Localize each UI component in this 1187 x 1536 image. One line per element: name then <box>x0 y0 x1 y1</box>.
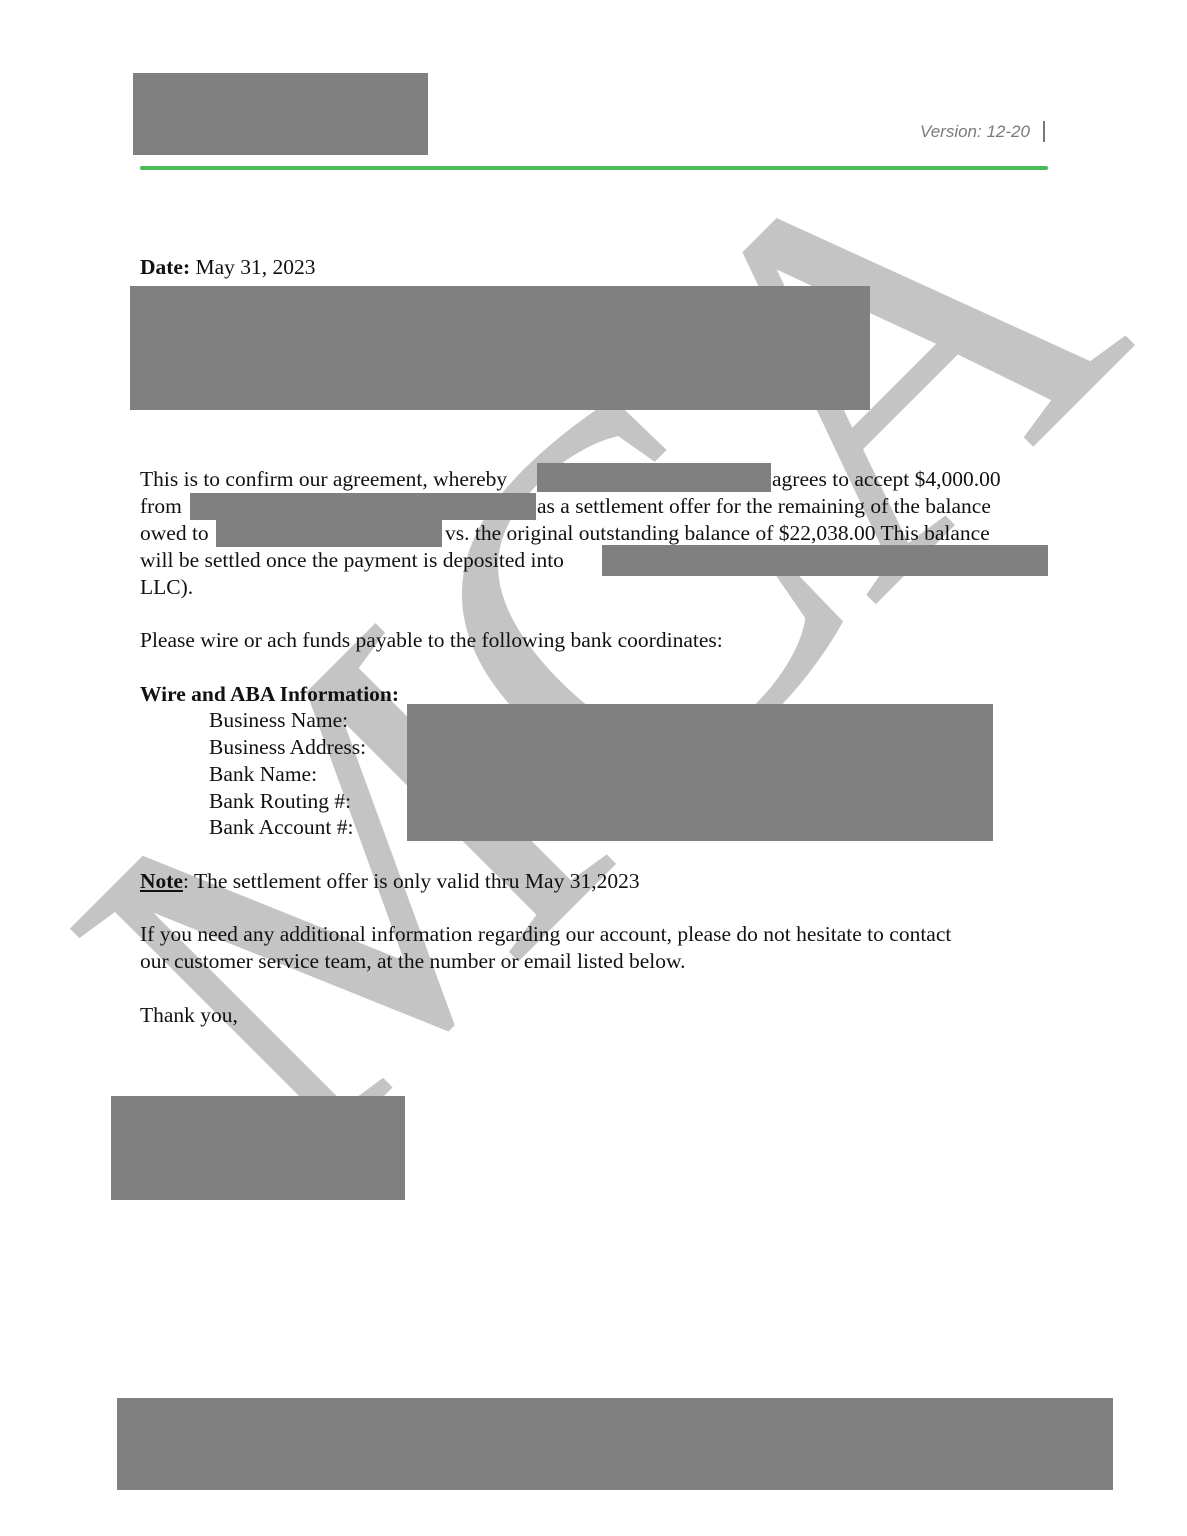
date-line: Date: May 31, 2023 <box>140 254 316 281</box>
note-line: Note: The settlement offer is only valid… <box>140 868 640 895</box>
wire-field-bank-name: Bank Name: <box>209 761 317 788</box>
header-rule <box>140 166 1048 170</box>
date-label: Date: <box>140 255 190 279</box>
note-text: : The settlement offer is only valid thr… <box>183 869 640 893</box>
closing: Thank you, <box>140 1002 238 1029</box>
redacted-party-1 <box>537 463 771 492</box>
redacted-recipient-address <box>130 286 870 410</box>
wire-field-routing: Bank Routing #: <box>209 788 351 815</box>
wire-field-account: Bank Account #: <box>209 814 354 841</box>
body-line-3a: owed to <box>140 520 209 547</box>
wire-heading-text: Wire and ABA Information: <box>140 682 399 706</box>
body-line-3b: vs. the original outstanding balance of … <box>445 520 990 547</box>
redacted-footer <box>117 1398 1113 1490</box>
redacted-bank-details <box>407 704 993 841</box>
body-line-5: LLC). <box>140 574 193 601</box>
body-line-2a: from <box>140 493 182 520</box>
redacted-account-holder <box>602 545 1048 576</box>
contact-line-2: our customer service team, at the number… <box>140 948 685 975</box>
version-label: Version: 12-20 <box>920 122 1030 142</box>
body-line-1b: agrees to accept $4,000.00 <box>772 466 1001 493</box>
redacted-logo <box>133 73 428 155</box>
body-line-2b: as a settlement offer for the remaining … <box>537 493 991 520</box>
wire-field-business-address: Business Address: <box>209 734 366 761</box>
header-divider <box>1043 121 1045 142</box>
body-line-4a: will be settled once the payment is depo… <box>140 547 564 574</box>
date-value: May 31, 2023 <box>196 255 316 279</box>
note-label: Note <box>140 869 183 893</box>
wire-instruction: Please wire or ach funds payable to the … <box>140 627 723 654</box>
wire-heading: Wire and ABA Information: <box>140 681 399 708</box>
contact-line-1: If you need any additional information r… <box>140 921 951 948</box>
redacted-party-2 <box>190 493 536 520</box>
redacted-signature <box>111 1096 405 1200</box>
body-line-1a: This is to confirm our agreement, whereb… <box>140 466 507 493</box>
redacted-party-3 <box>216 520 442 547</box>
wire-field-business-name: Business Name: <box>209 707 348 734</box>
